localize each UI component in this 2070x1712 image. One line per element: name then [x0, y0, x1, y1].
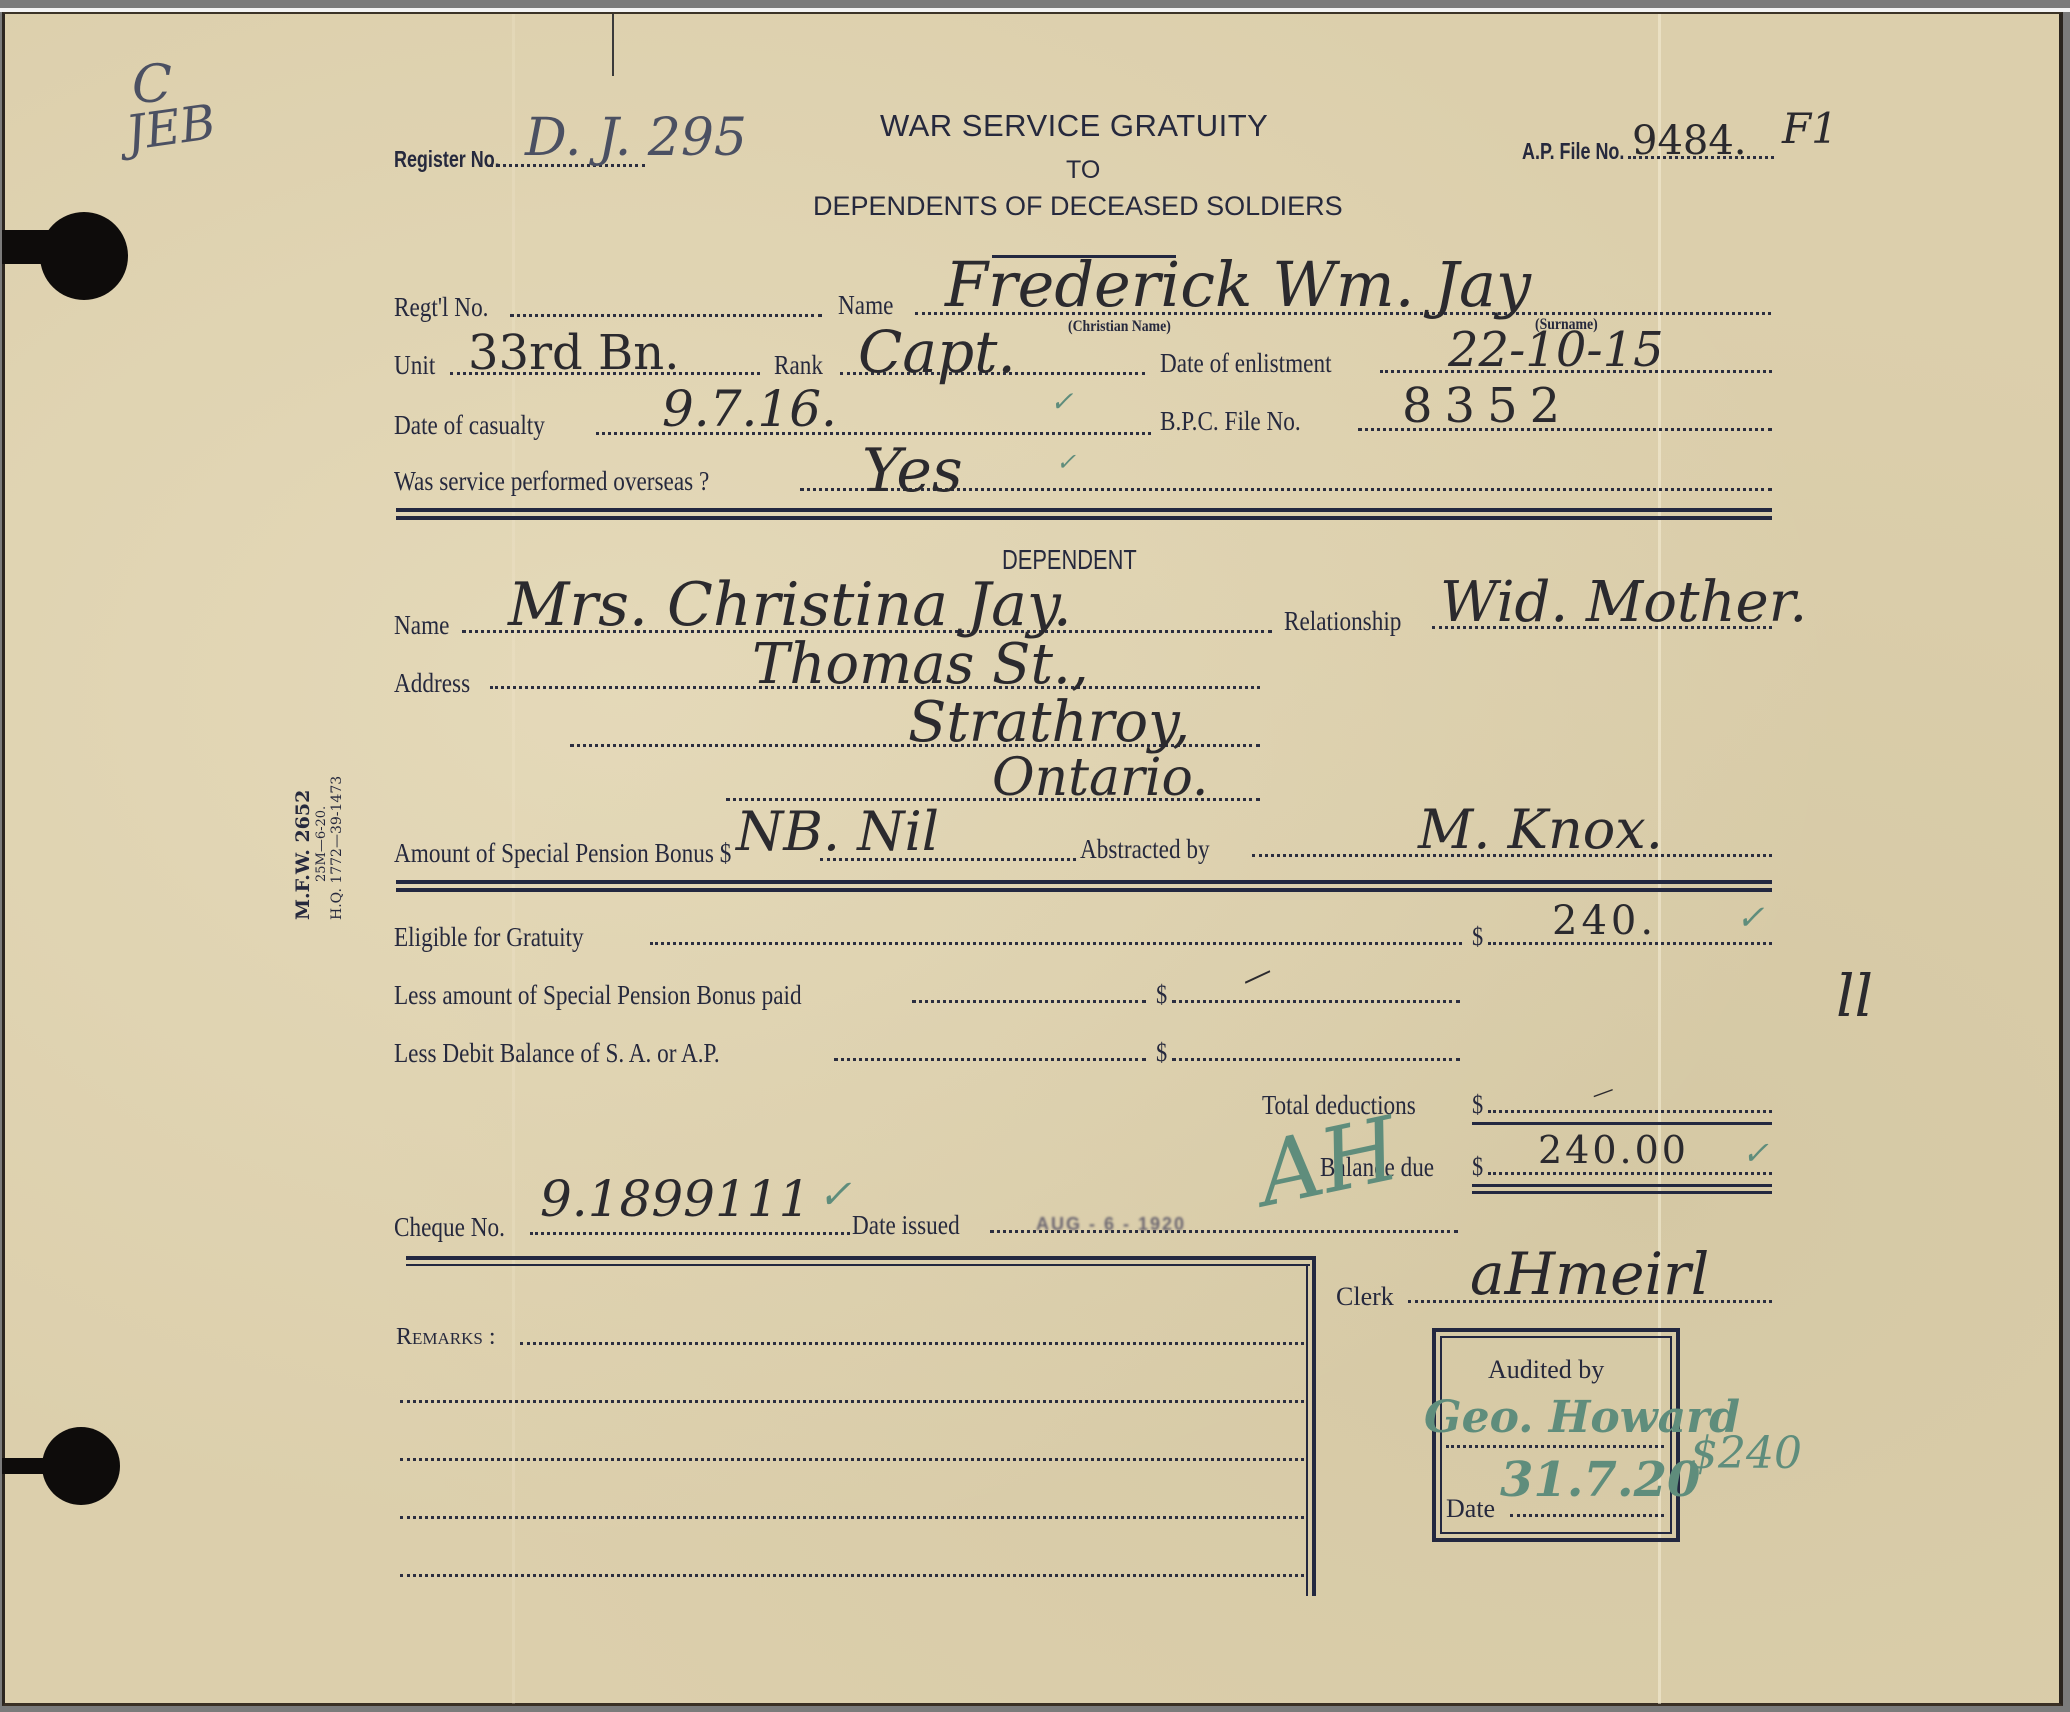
print-run: 25M—6-20. — [314, 776, 329, 920]
register-value: D. J. 295 — [525, 108, 747, 168]
remarks-label: Remarks : — [396, 1324, 496, 1351]
total-deductions-currency: $ — [1472, 1090, 1483, 1120]
less-debit-field[interactable] — [1172, 1058, 1460, 1061]
christian-name-caption: (Christian Name) — [1068, 318, 1171, 336]
pension-bonus-label: Amount of Special Pension Bonus $ — [394, 838, 731, 869]
address-label: Address — [394, 668, 470, 699]
overseas-check-mark: ✓ — [1056, 448, 1076, 476]
less-spb-leader — [912, 1000, 1146, 1003]
casualty-value: 9.7.16. — [662, 380, 837, 438]
bpc-file-value: 8352 — [1402, 378, 1572, 434]
remarks-field-line-3[interactable] — [400, 1458, 1304, 1461]
casualty-label: Date of casualty — [394, 410, 545, 441]
audited-by-field[interactable] — [1446, 1445, 1664, 1448]
relationship-value: Wid. Mother. — [1440, 570, 1807, 635]
balance-due-double-rule-bottom — [1472, 1191, 1772, 1194]
remarks-box-top-rule-inner — [406, 1264, 1310, 1266]
total-deductions-field[interactable] — [1488, 1110, 1772, 1113]
pension-bonus-value: NB. Nil — [736, 800, 939, 863]
title-line-1: WAR SERVICE GRATUITY — [880, 108, 1268, 144]
remarks-field-line-2[interactable] — [400, 1400, 1304, 1403]
register-label: Register No. — [394, 146, 500, 173]
unit-label: Unit — [394, 350, 435, 381]
remarks-field-line-5[interactable] — [400, 1574, 1304, 1577]
balance-due-value: 240.00 — [1538, 1128, 1689, 1172]
less-spb-currency: $ — [1156, 980, 1167, 1010]
bpc-file-label: B.P.C. File No. — [1160, 406, 1301, 437]
enlistment-label: Date of enlistment — [1160, 348, 1332, 379]
soldier-name-value: Frederick Wm. Jay — [945, 248, 1531, 321]
audit-amount: $240 — [1690, 1428, 1802, 1479]
total-deductions-underline — [1472, 1122, 1772, 1125]
dependent-double-rule-bottom — [396, 888, 1772, 892]
hq-number: H.Q. 1772—39-1473 — [329, 776, 345, 920]
audit-date-value: 31.7.20 — [1500, 1452, 1700, 1508]
remarks-box-top-rule — [406, 1256, 1316, 1260]
form-number-side-print: M.F.W. 2652 25M—6-20. H.Q. 1772—39-1473 — [292, 776, 345, 920]
remarks-box-right-rule-inner — [1306, 1264, 1308, 1596]
balance-due-field[interactable] — [1488, 1172, 1772, 1175]
clerk-label: Clerk — [1336, 1282, 1394, 1312]
less-spb-field[interactable] — [1172, 1000, 1460, 1003]
dependent-name-label: Name — [394, 610, 449, 641]
address-line-1-value: Thomas St., — [752, 632, 1089, 697]
enlistment-value: 22-10-15 — [1448, 322, 1664, 378]
ap-file-label: A.P. File No. — [1522, 138, 1624, 165]
eligible-value: 240. — [1552, 898, 1657, 944]
eligible-currency: $ — [1472, 922, 1483, 952]
less-debit-label: Less Debit Balance of S. A. or A.P. — [394, 1038, 720, 1069]
less-spb-label: Less amount of Special Pension Bonus pai… — [394, 980, 802, 1011]
cheque-value: 9.1899111 — [540, 1170, 810, 1228]
title-line-2: TO — [1066, 156, 1100, 185]
date-issued-label: Date issued — [852, 1210, 960, 1241]
paper-tick-mark — [612, 14, 614, 76]
dependent-name-value: Mrs. Christina Jay. — [508, 570, 1072, 640]
section-double-rule-top — [396, 508, 1772, 512]
abstracted-by-label: Abstracted by — [1080, 834, 1210, 865]
dependent-double-rule-top — [396, 880, 1772, 884]
punch-hole-tab — [2, 1458, 50, 1474]
abstracted-by-value: M. Knox. — [1418, 798, 1663, 861]
audit-date-label: Date — [1446, 1494, 1495, 1524]
punch-hole-bottom — [42, 1427, 120, 1505]
cheque-check-mark: ✓ — [818, 1172, 852, 1218]
casualty-check-mark: ✓ — [1050, 385, 1073, 418]
address-line-2-value: Strathroy, — [908, 690, 1190, 755]
relationship-label: Relationship — [1284, 606, 1401, 637]
cheque-field[interactable] — [530, 1232, 850, 1235]
overseas-value: Yes — [862, 436, 963, 506]
overseas-label: Was service performed overseas ? — [394, 466, 709, 497]
audited-by-label: Audited by — [1488, 1355, 1604, 1385]
ap-file-value: 9484. — [1632, 118, 1747, 164]
punch-hole-top — [40, 212, 128, 300]
regtl-no-field[interactable] — [510, 314, 822, 317]
less-debit-leader — [834, 1058, 1146, 1061]
balance-due-check-mark: ✓ — [1742, 1134, 1769, 1172]
clerk-signature: aHmeirl — [1470, 1240, 1709, 1308]
name-label: Name — [838, 290, 893, 321]
punch-hole-tab — [2, 230, 52, 264]
remarks-field-line-1[interactable] — [520, 1342, 1304, 1345]
eligible-check-mark: ✓ — [1736, 898, 1765, 938]
unit-value: 33rd Bn. — [468, 325, 679, 381]
regtl-no-label: Regt'l No. — [394, 292, 488, 323]
margin-initials: ll — [1836, 962, 1873, 1030]
form-number: M.F.W. 2652 — [292, 776, 314, 920]
less-debit-currency: $ — [1156, 1038, 1167, 1068]
remarks-field-line-4[interactable] — [400, 1516, 1304, 1519]
date-issued-stamp: AUG - 6 - 1920 — [1036, 1214, 1186, 1235]
ap-file-suffix: F1 — [1782, 104, 1838, 153]
section-double-rule-bottom — [396, 516, 1772, 520]
rank-value: Capt. — [858, 318, 1016, 386]
title-line-3: DEPENDENTS OF DECEASED SOLDIERS — [813, 191, 1343, 222]
balance-due-double-rule-top — [1472, 1184, 1772, 1187]
cheque-label: Cheque No. — [394, 1212, 505, 1243]
address-line-3-value: Ontario. — [992, 748, 1208, 808]
rank-label: Rank — [774, 350, 823, 381]
eligible-label: Eligible for Gratuity — [394, 922, 584, 953]
balance-due-currency: $ — [1472, 1152, 1483, 1182]
audit-date-field[interactable] — [1510, 1514, 1664, 1517]
eligible-leader — [650, 942, 1462, 945]
remarks-box-right-rule — [1312, 1256, 1316, 1596]
